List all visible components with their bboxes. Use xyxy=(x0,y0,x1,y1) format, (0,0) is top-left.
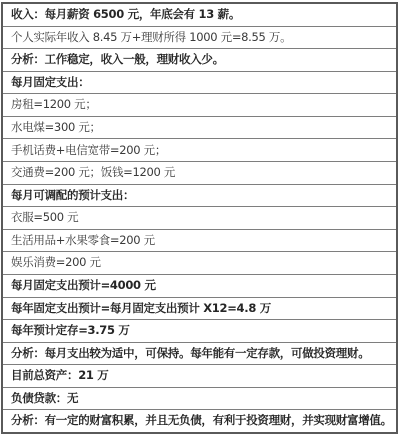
table-row: 分析：每月支出较为适中，可保持。每年能有一定存款，可做投资理财。 xyxy=(3,342,396,365)
table-row: 每月固定支出： xyxy=(3,71,396,94)
row-text: 个人实际年收入 8.45 万+理财所得 1000 元=8.55 万。 xyxy=(11,32,291,44)
table-row: 手机话费+电信宽带=200 元； xyxy=(3,138,396,161)
personal-finance-table: 收入：每月薪资 6500 元，年底会有 13 薪。个人实际年收入 8.45 万+… xyxy=(1,2,398,434)
row-text: 手机话费+电信宽带=200 元； xyxy=(11,145,166,157)
table-row: 每月可调配的预计支出： xyxy=(3,184,396,207)
row-text: 娱乐消费=200 元 xyxy=(11,257,101,269)
row-text: 水电煤=300 元； xyxy=(11,122,101,134)
row-text: 每年固定支出预计=每月固定支出预计 X12=4.8 万 xyxy=(11,303,271,315)
table-row: 房租=1200 元； xyxy=(3,93,396,116)
table-row: 生活用品+水果零食=200 元 xyxy=(3,229,396,252)
row-text: 分析：工作稳定，收入一般，理财收入少。 xyxy=(11,54,224,66)
table-row: 交通费=200 元；饭钱=1200 元 xyxy=(3,161,396,184)
row-text: 交通费=200 元；饭钱=1200 元 xyxy=(11,167,175,179)
table-row: 分析：有一定的财富积累，并且无负债，有利于投资理财，并实现财富增值。 xyxy=(3,409,396,432)
row-text: 每月固定支出预计=4000 元 xyxy=(11,280,156,292)
row-text: 每月可调配的预计支出： xyxy=(11,190,134,202)
table-row: 分析：工作稳定，收入一般，理财收入少。 xyxy=(3,48,396,71)
row-text: 房租=1200 元； xyxy=(11,99,97,111)
table-row: 衣服=500 元 xyxy=(3,206,396,229)
table-row: 水电煤=300 元； xyxy=(3,116,396,139)
row-text: 衣服=500 元 xyxy=(11,212,78,224)
row-text: 分析：有一定的财富积累，并且无负债，有利于投资理财，并实现财富增值。 xyxy=(11,415,392,427)
table-row: 负债贷款：无 xyxy=(3,387,396,410)
table-row: 每年固定支出预计=每月固定支出预计 X12=4.8 万 xyxy=(3,297,396,320)
table-row: 收入：每月薪资 6500 元，年底会有 13 薪。 xyxy=(3,4,396,26)
row-text: 分析：每月支出较为适中，可保持。每年能有一定存款，可做投资理财。 xyxy=(11,348,369,360)
table-row: 目前总资产：21 万 xyxy=(3,364,396,387)
row-text: 负债贷款：无 xyxy=(11,393,78,405)
table-row: 每年预计定存=3.75 万 xyxy=(3,319,396,342)
row-text: 生活用品+水果零食=200 元 xyxy=(11,235,155,247)
row-text: 每月固定支出： xyxy=(11,77,89,89)
row-text: 收入：每月薪资 6500 元，年底会有 13 薪。 xyxy=(11,9,240,21)
table-row: 每月固定支出预计=4000 元 xyxy=(3,274,396,297)
row-text: 目前总资产：21 万 xyxy=(11,370,109,382)
table-row: 个人实际年收入 8.45 万+理财所得 1000 元=8.55 万。 xyxy=(3,26,396,49)
row-text: 每年预计定存=3.75 万 xyxy=(11,325,130,337)
table-row: 娱乐消费=200 元 xyxy=(3,251,396,274)
